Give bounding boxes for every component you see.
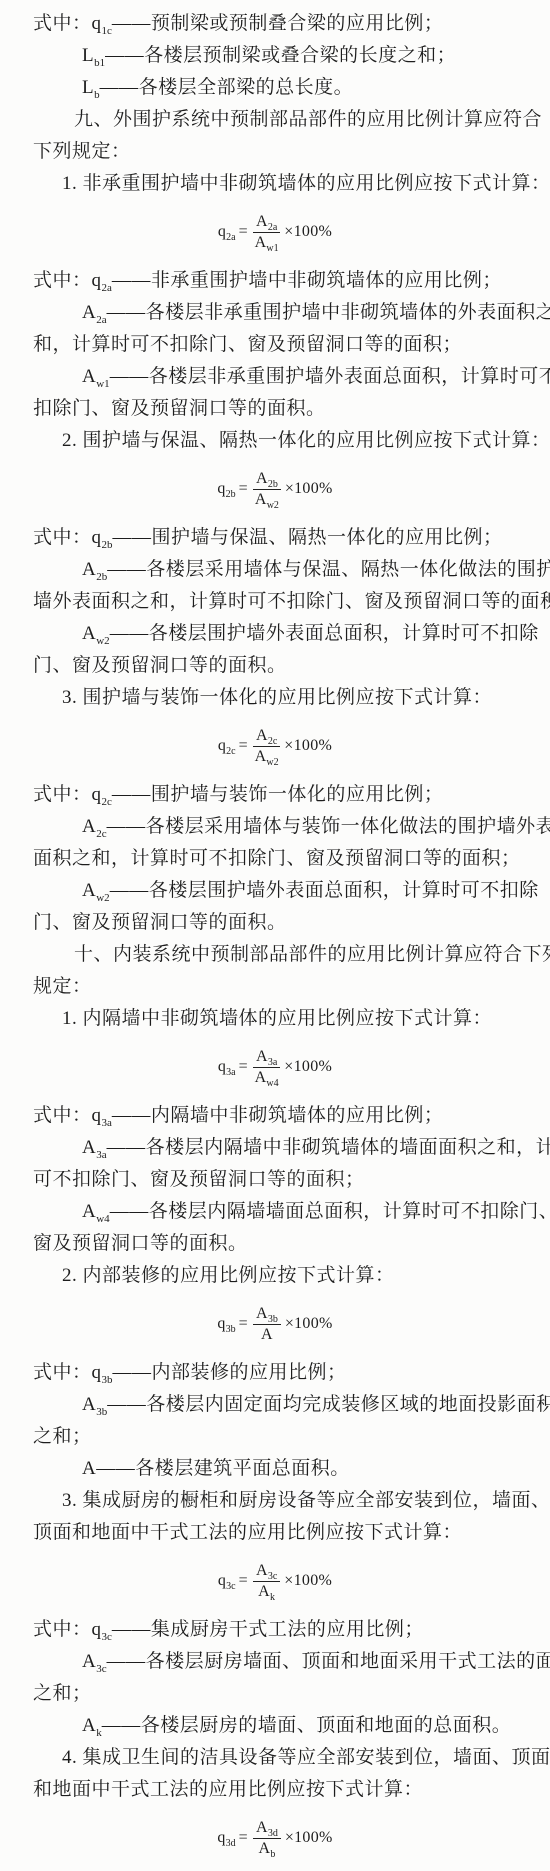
text-run: 门、窗及预留洞口等的面积。 (33, 655, 287, 676)
text-line: 4. 集成卫生间的洁具设备等应全部安装到位，墙面、顶面 (62, 1742, 550, 1774)
text-run: 之和； (33, 1426, 92, 1447)
symbol: A3b (82, 1394, 107, 1415)
percent-factor: ×100% (284, 1058, 332, 1075)
text-run: ——各楼层采用墙体与装饰一体化做法的围护墙外表 (107, 816, 550, 837)
text-run: ——各楼层非承重围护墙中非砌筑墙体的外表面积之 (107, 302, 550, 323)
text-line: Ak——各楼层厨房的墙面、顶面和地面的总面积。 (82, 1710, 550, 1742)
symbol: Aw2 (82, 880, 110, 901)
text-line: 门、窗及预留洞口等的面积。 (33, 907, 550, 939)
symbol: A3b (253, 1305, 281, 1325)
text-line: 式中：q3b——内部装修的应用比例； (33, 1357, 550, 1389)
percent-factor: ×100% (284, 737, 332, 754)
document-page: 式中：q1c——预制梁或预制叠合梁的应用比例；Lb1——各楼层预制梁或叠合梁的长… (0, 0, 550, 1858)
text-line: 1. 内隔墙中非砌筑墙体的应用比例应按下式计算： (62, 1003, 550, 1035)
symbol: A2a (82, 302, 107, 323)
text-line: Aw4——各楼层内隔墙墙面总面积，计算时可不扣除门、 (82, 1196, 550, 1228)
symbol: A2b (253, 470, 281, 490)
text-run: ——内隔墙中非砌筑墙体的应用比例； (112, 1105, 444, 1126)
text-run: 3. 围护墙与装饰一体化的应用比例应按下式计算： (62, 687, 492, 708)
fraction: A2bAw2 (253, 470, 281, 509)
text-run: 式中： (33, 1362, 92, 1383)
text-line: Lb——各楼层全部梁的总长度。 (82, 72, 550, 104)
symbol: Aw2 (253, 490, 281, 509)
text-line: Aw2——各楼层围护墙外表面总面积，计算时可不扣除 (82, 875, 550, 907)
equals-sign: = (239, 1058, 248, 1075)
text-line: Lb1——各楼层预制梁或叠合梁的长度之和； (82, 40, 550, 72)
text-line: 门、窗及预留洞口等的面积。 (33, 650, 550, 682)
equals-sign: = (239, 223, 248, 240)
fraction: A2cAw2 (253, 727, 280, 766)
text-run: 之和； (33, 1683, 92, 1704)
text-run: 式中： (33, 527, 92, 548)
symbol: Aw1 (82, 366, 110, 387)
text-run: 式中： (33, 270, 92, 291)
equals-sign: = (239, 1315, 248, 1332)
text-line: 九、外围护系统中预制部品部件的应用比例计算应符合 (74, 104, 550, 136)
symbol: A3a (253, 1048, 280, 1068)
symbol: Aw2 (82, 623, 110, 644)
symbol: A2c (253, 727, 280, 747)
symbol: q2c (92, 784, 112, 805)
text-run: 十、内装系统中预制部品部件的应用比例计算应符合下列 (74, 944, 550, 965)
equals-sign: = (239, 1572, 248, 1589)
symbol: q2c (218, 737, 236, 754)
text-run: ——各楼层围护墙外表面总面积，计算时可不扣除 (110, 623, 539, 644)
text-line: A2b——各楼层采用墙体与保温、隔热一体化做法的围护 (82, 554, 550, 586)
text-run: 1. 非承重围护墙中非砌筑墙体的应用比例应按下式计算： (62, 173, 550, 194)
symbol: q3a (218, 1058, 236, 1075)
text-run: 九、外围护系统中预制部品部件的应用比例计算应符合 (74, 109, 542, 130)
text-line: 十、内装系统中预制部品部件的应用比例计算应符合下列 (74, 939, 550, 971)
text-run: 1. 内隔墙中非砌筑墙体的应用比例应按下式计算： (62, 1008, 492, 1029)
formula-q2c: q2c=A2cAw2×100% (0, 727, 550, 766)
text-line: 墙外表面积之和，计算时可不扣除门、窗及预留洞口等的面积； (33, 586, 550, 618)
symbol: q2b (92, 527, 113, 548)
text-line: 3. 集成厨房的橱柜和厨房设备等应全部安装到位，墙面、 (62, 1485, 550, 1517)
text-line: 规定： (33, 971, 550, 1003)
text-line: A3b——各楼层内固定面均完成装修区域的地面投影面积 (82, 1389, 550, 1421)
symbol: Aw4 (253, 1068, 280, 1087)
symbol: q3a (92, 1105, 112, 1126)
text-line: 式中：q2c——围护墙与装饰一体化的应用比例； (33, 779, 550, 811)
formula-q3d: q3d=A3dAb×100% (0, 1819, 550, 1858)
text-run: 扣除门、窗及预留洞口等的面积。 (33, 398, 326, 419)
text-run: 式中： (33, 13, 92, 34)
text-run: ——各楼层非承重围护墙外表面总面积，计算时可不 (110, 366, 550, 387)
symbol: q2b (217, 480, 235, 497)
text-line: A3a——各楼层内隔墙中非砌筑墙体的墙面面积之和，计算时 (82, 1132, 550, 1164)
equals-sign: = (239, 480, 248, 497)
text-line: 式中：q1c——预制梁或预制叠合梁的应用比例； (33, 8, 550, 40)
text-run: 门、窗及预留洞口等的面积。 (33, 912, 287, 933)
text-run: ——各楼层内隔墙中非砌筑墙体的墙面面积之和，计算时 (107, 1137, 550, 1158)
equals-sign: = (239, 1829, 248, 1846)
text-run: 和地面中干式工法的应用比例应按下式计算： (33, 1779, 423, 1800)
symbol: A2b (82, 559, 107, 580)
text-run: ——各楼层采用墙体与保温、隔热一体化做法的围护 (107, 559, 550, 580)
fraction: A3dAb (253, 1819, 281, 1858)
symbol: Lb1 (82, 45, 105, 66)
text-run: A——各楼层建筑平面总面积。 (82, 1458, 350, 1479)
text-run: ——各楼层围护墙外表面总面积，计算时可不扣除 (110, 880, 539, 901)
percent-factor: ×100% (285, 1829, 333, 1846)
text-run: 式中： (33, 1619, 92, 1640)
text-run: 式中： (33, 784, 92, 805)
symbol: q3d (217, 1829, 235, 1846)
symbol: q2a (92, 270, 112, 291)
text-run: ——各楼层预制梁或叠合梁的长度之和； (105, 45, 456, 66)
percent-factor: ×100% (284, 1572, 332, 1589)
text-run: 2. 围护墙与保温、隔热一体化的应用比例应按下式计算： (62, 430, 550, 451)
symbol: Lb (82, 77, 100, 98)
text-line: 窗及预留洞口等的面积。 (33, 1228, 550, 1260)
symbol: q3c (92, 1619, 112, 1640)
text-run: ——各楼层厨房墙面、顶面和地面采用干式工法的面积 (107, 1651, 550, 1672)
formula-q3a: q3a=A3aAw4×100% (0, 1048, 550, 1087)
text-line: 3. 围护墙与装饰一体化的应用比例应按下式计算： (62, 682, 550, 714)
symbol: Ab (253, 1839, 281, 1858)
symbol: q3b (217, 1315, 235, 1332)
fraction: A3aAw4 (253, 1048, 280, 1087)
formula-q3b: q3b=A3bA×100% (0, 1305, 550, 1344)
symbol: q1c (92, 13, 112, 34)
text-line: 之和； (33, 1421, 550, 1453)
text-line: 2. 围护墙与保温、隔热一体化的应用比例应按下式计算： (62, 425, 550, 457)
text-line: A2c——各楼层采用墙体与装饰一体化做法的围护墙外表 (82, 811, 550, 843)
symbol: Aw4 (82, 1201, 110, 1222)
text-run: 和，计算时可不扣除门、窗及预留洞口等的面积； (33, 334, 462, 355)
percent-factor: ×100% (285, 1315, 333, 1332)
text-run: 面积之和，计算时可不扣除门、窗及预留洞口等的面积； (33, 848, 521, 869)
text-line: 可不扣除门、窗及预留洞口等的面积； (33, 1164, 550, 1196)
symbol: A3d (253, 1819, 281, 1839)
text-line: 下列规定： (33, 136, 550, 168)
text-run: ——各楼层内隔墙墙面总面积，计算时可不扣除门、 (110, 1201, 550, 1222)
text-line: 式中：q2a——非承重围护墙中非砌筑墙体的应用比例； (33, 265, 550, 297)
text-line: A——各楼层建筑平面总面积。 (82, 1453, 550, 1485)
text-line: 2. 内部装修的应用比例应按下式计算： (62, 1260, 550, 1292)
text-line: 和，计算时可不扣除门、窗及预留洞口等的面积； (33, 329, 550, 361)
symbol: A2a (253, 213, 280, 233)
text-run: 墙外表面积之和，计算时可不扣除门、窗及预留洞口等的面积； (33, 591, 550, 612)
text-run: 顶面和地面中干式工法的应用比例应按下式计算： (33, 1522, 462, 1543)
text-line: 式中：q3a——内隔墙中非砌筑墙体的应用比例； (33, 1100, 550, 1132)
fraction: A3cAk (253, 1562, 280, 1601)
symbol: A2c (82, 816, 107, 837)
text-run: ——非承重围护墙中非砌筑墙体的应用比例； (112, 270, 502, 291)
text-run: ——各楼层全部梁的总长度。 (100, 77, 354, 98)
symbol: Ak (82, 1715, 102, 1736)
text-line: 和地面中干式工法的应用比例应按下式计算： (33, 1774, 550, 1806)
text-line: 面积之和，计算时可不扣除门、窗及预留洞口等的面积； (33, 843, 550, 875)
text-line: 式中：q2b——围护墙与保温、隔热一体化的应用比例； (33, 522, 550, 554)
fraction: A3bA (253, 1305, 281, 1344)
symbol: A3a (82, 1137, 107, 1158)
text-run: ——预制梁或预制叠合梁的应用比例； (112, 13, 444, 34)
text-line: 1. 非承重围护墙中非砌筑墙体的应用比例应按下式计算： (62, 168, 550, 200)
text-run: 4. 集成卫生间的洁具设备等应全部安装到位，墙面、顶面 (62, 1747, 550, 1768)
percent-factor: ×100% (284, 223, 332, 240)
symbol: Aw2 (253, 747, 280, 766)
symbol: A (253, 1325, 281, 1344)
text-run: ——集成厨房干式工法的应用比例； (112, 1619, 424, 1640)
text-run: ——围护墙与保温、隔热一体化的应用比例； (113, 527, 503, 548)
text-run: 3. 集成厨房的橱柜和厨房设备等应全部安装到位，墙面、 (62, 1490, 550, 1511)
text-run: ——围护墙与装饰一体化的应用比例； (112, 784, 444, 805)
formula-q3c: q3c=A3cAk×100% (0, 1562, 550, 1601)
symbol: A3c (82, 1651, 107, 1672)
text-line: Aw2——各楼层围护墙外表面总面积，计算时可不扣除 (82, 618, 550, 650)
symbol: Ak (253, 1582, 280, 1601)
text-run: 窗及预留洞口等的面积。 (33, 1233, 248, 1254)
text-line: 式中：q3c——集成厨房干式工法的应用比例； (33, 1614, 550, 1646)
text-line: Aw1——各楼层非承重围护墙外表面总面积，计算时可不 (82, 361, 550, 393)
text-run: 下列规定： (33, 141, 131, 162)
text-run: ——各楼层厨房的墙面、顶面和地面的总面积。 (102, 1715, 512, 1736)
symbol: A3c (253, 1562, 280, 1582)
text-run: 2. 内部装修的应用比例应按下式计算： (62, 1265, 395, 1286)
text-line: A3c——各楼层厨房墙面、顶面和地面采用干式工法的面积 (82, 1646, 550, 1678)
text-line: 扣除门、窗及预留洞口等的面积。 (33, 393, 550, 425)
symbol: Aw1 (253, 233, 280, 252)
text-line: A2a——各楼层非承重围护墙中非砌筑墙体的外表面积之 (82, 297, 550, 329)
symbol: q3c (218, 1572, 236, 1589)
text-line: 顶面和地面中干式工法的应用比例应按下式计算： (33, 1517, 550, 1549)
equals-sign: = (239, 737, 248, 754)
text-run: ——各楼层内固定面均完成装修区域的地面投影面积 (107, 1394, 550, 1415)
text-run: ——内部装修的应用比例； (113, 1362, 347, 1383)
symbol: q3b (92, 1362, 113, 1383)
formula-q2a: q2a=A2aAw1×100% (0, 213, 550, 252)
text-run: 可不扣除门、窗及预留洞口等的面积； (33, 1169, 365, 1190)
text-line: 之和； (33, 1678, 550, 1710)
text-run: 规定： (33, 976, 92, 997)
percent-factor: ×100% (285, 480, 333, 497)
formula-q2b: q2b=A2bAw2×100% (0, 470, 550, 509)
fraction: A2aAw1 (253, 213, 280, 252)
text-run: 式中： (33, 1105, 92, 1126)
symbol: q2a (218, 223, 236, 240)
